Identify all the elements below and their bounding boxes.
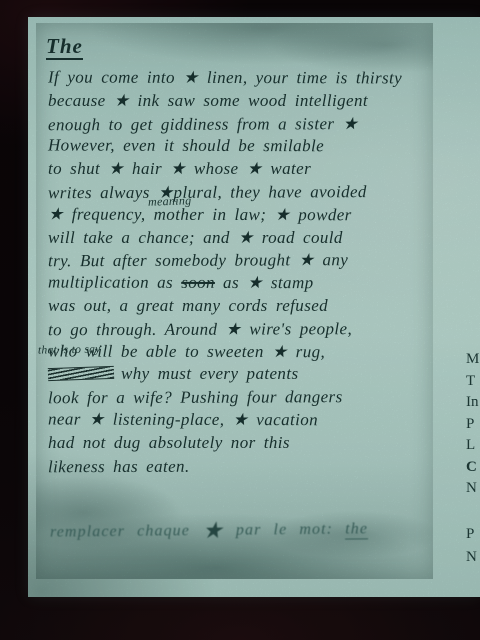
manuscript-line: to go through. Around ★ wire's people, [48,318,425,342]
struck-word: soon [181,273,215,292]
note-underlined-word: the [345,520,368,539]
manuscript-line: likeness has eaten. [48,454,425,478]
caption-letter: P [466,527,474,542]
manuscript-line: However, even it should be smilable [48,135,425,159]
insertion-that-is-to-say: that is to say [38,344,101,357]
manuscript-line: because ★ ink saw some wood intelligent [48,90,425,113]
manuscript-line-with-scribble: why must every patents [48,363,425,386]
photo-of-manuscript-page: { "manuscript": { "title": "The", "lines… [0,0,480,640]
french-instruction-note: remplacer chaque ★ par le mot: the [50,516,368,545]
book-page: The If you come into ★ linen, your time … [28,17,480,597]
manuscript-title: The [46,36,83,60]
insertion-meaning: meaning [148,194,192,208]
dark-room-background: The If you come into ★ linen, your time … [0,0,480,640]
caption-letter: N [466,481,477,496]
manuscript-line: enough to get giddiness from a sister ★ [48,113,425,137]
caption-letter: N [466,550,477,565]
note-text: par le mot: [224,521,346,539]
caption-letter: M [466,352,479,367]
caption-letter: In [466,395,479,410]
caption-letter: T [466,374,475,389]
caption-letter: P [466,417,474,432]
manuscript-line: was out, a great many cords refused [48,295,425,318]
cropped-caption-column: M T In P L C N P N [466,17,480,597]
manuscript-line-with-strikethrough: multiplication as soon as ★ stamp [48,272,425,296]
manuscript-line: to shut ★ hair ★ whose ★ water [48,158,425,181]
manuscript-line: who will be able to sweeten ★ rug, [48,340,425,364]
manuscript-line: near ★ listening-place, ★ vacation [48,408,425,432]
manuscript-line: had not dug absolutely nor this [48,432,425,455]
manuscript-photo: The If you come into ★ linen, your time … [36,23,433,579]
caption-letter: C [466,460,477,475]
manuscript-text-block: If you come into ★ linen, your time is t… [48,67,425,477]
line-segment: multiplication as [48,273,181,292]
star-symbol: ★ [202,518,224,543]
caption-letter: L [466,438,475,453]
manuscript-line: writes always ★plural, they have avoided [48,181,425,205]
manuscript-line: ★ frequency, mother in law; ★ powder [48,203,425,227]
manuscript-line: try. But after somebody brought ★ any [48,249,425,273]
scribbled-out-word [48,366,114,381]
manuscript-line: If you come into ★ linen, your time is t… [48,67,425,91]
line-segment: as ★ stamp [215,273,314,292]
line-segment: why must every patents [121,364,298,383]
manuscript-line: look for a wife? Pushing four dangers [48,386,425,410]
manuscript-line: will take a chance; and ★ road could [48,227,425,250]
note-text: remplacer chaque [50,522,202,541]
